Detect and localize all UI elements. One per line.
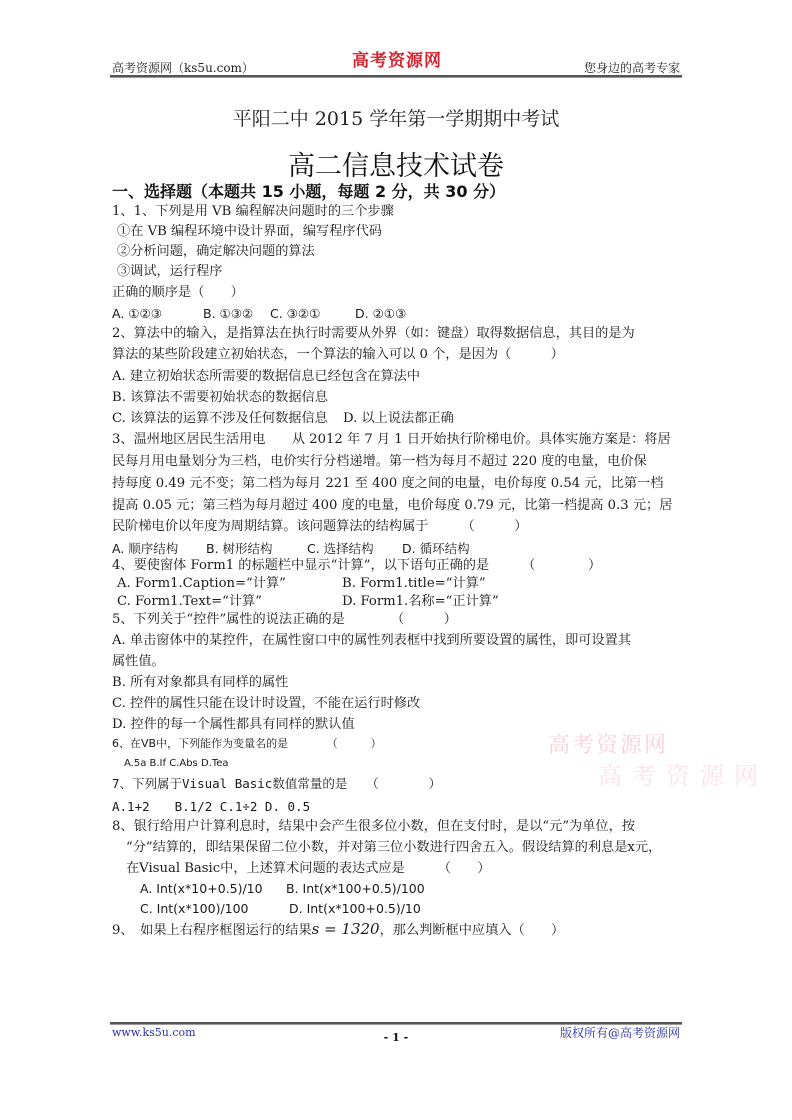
question-5-option-a-line-2: 属性值。 bbox=[112, 653, 165, 671]
question-7-stem: 7、下列属于Visual Basic数值常量的是 （ ） bbox=[112, 775, 441, 793]
question-1-prompt: 正确的顺序是（ ） bbox=[112, 284, 244, 302]
question-8-line-3: 在Visual Basic中，上述算术问题的表达式应是 （ ） bbox=[126, 860, 491, 878]
question-8-option-b: B. Int(x*100+0.5)/100 bbox=[286, 880, 425, 898]
question-8-line-1: 8、银行给用户计算利息时，结果中会产生很多位小数，但在支付时，是以“元”为单位，… bbox=[112, 818, 635, 836]
question-8-option-c: C. Int(x*100)/100 bbox=[140, 900, 249, 918]
question-3-line-4: 提高 0.05 元；第三档为每月超过 400 度的电量，电价每度 0.79 元，… bbox=[112, 497, 672, 515]
question-4-option-c: C. Form1.Text=“计算” bbox=[117, 593, 262, 611]
question-2-stem-line-2: 算法的某些阶段建立初始状态，一个算法的输入可以 0 个，是因为（ ） bbox=[112, 346, 564, 364]
footer-copyright: 版权所有@高考资源网 bbox=[560, 1024, 680, 1041]
question-2-option-c: C. 该算法的运算不涉及任何数据信息 bbox=[112, 410, 328, 428]
question-6-stem: 6、在VB中，下列能作为变量名的是 （ ） bbox=[112, 735, 382, 753]
section-heading: 一、选择题（本题共 15 小题，每题 2 分，共 30 分） bbox=[112, 179, 505, 202]
question-3-line-2: 民每月用电量划分为三档，电价实行分档递增。第一档为每月不超过 220 度的电量，… bbox=[112, 453, 647, 471]
question-4-option-d: D. Form1.名称=“正计算” bbox=[342, 593, 499, 611]
question-5-stem: 5、下列关于“控件”属性的说法正确的是 （ ） bbox=[112, 611, 457, 629]
question-1-step-3: ③调试，运行程序 bbox=[117, 263, 223, 281]
question-5-option-c: C. 控件的属性只能在设计时设置，不能在运行时修改 bbox=[112, 695, 420, 713]
header-divider bbox=[110, 75, 682, 78]
question-3-option-c: C. 选择结构 bbox=[307, 540, 374, 558]
question-2-stem-line-1: 2、算法中的输入，是指算法在执行时需要从外界（如：键盘）取得数据信息，其目的是为 bbox=[112, 325, 635, 343]
question-2-option-d: D. 以上说法都正确 bbox=[343, 410, 454, 428]
question-8-line-2: “分”结算的，即结果保留二位小数，并对第三位小数进行四舍五入。假设结算的利息是x… bbox=[126, 839, 661, 857]
question-8-option-a: A. Int(x*10+0.5)/10 bbox=[140, 880, 263, 898]
exam-paper-title: 高二信息技术试卷 bbox=[0, 144, 792, 183]
question-5-option-b: B. 所有对象都具有同样的属性 bbox=[112, 674, 288, 692]
question-5-option-d: D. 控件的每一个属性都具有同样的默认值 bbox=[112, 716, 355, 734]
header-site-name: 高考资源网（ks5u.com） bbox=[112, 59, 254, 76]
question-7-options: A.1+2 B.1/2 C.1÷2 D. 0.5 bbox=[112, 798, 310, 816]
question-4-stem: 4、要使窗体 Form1 的标题栏中显示“计算”，以下语句正确的是 （ ） bbox=[112, 557, 601, 575]
question-8-option-d: D. Int(x*100+0.5)/10 bbox=[289, 900, 421, 918]
question-9-math: s = 1320 bbox=[312, 920, 380, 938]
question-1-option-d: D. ②①③ bbox=[355, 305, 406, 323]
header-logo: 高考资源网 bbox=[352, 46, 442, 71]
question-3-option-a: A. 顺序结构 bbox=[112, 540, 178, 558]
question-3-line-1: 3、温州地区居民生活用电 从 2012 年 7 月 1 日开始执行阶梯电价。具体… bbox=[112, 431, 671, 449]
question-1-option-c: C. ③②① bbox=[270, 305, 320, 323]
question-3-line-5: 民阶梯电价以年度为周期结算。该问题算法的结构属于 （ ） bbox=[112, 518, 527, 536]
question-9-stem-suffix: ，那么判断框中应填入（ ） bbox=[380, 923, 565, 938]
question-4-option-a: A. Form1.Caption=“计算” bbox=[117, 575, 286, 593]
exam-page: 高考资源网（ks5u.com） 高考资源网 您身边的高考专家 平阳二中 2015… bbox=[0, 0, 792, 1120]
question-2-option-a: A. 建立初始状态所需要的数据信息已经包含在算法中 bbox=[112, 368, 420, 386]
question-9-stem: 9、 如果上右程序框图运行的结果s = 1320，那么判断框中应填入（ ） bbox=[112, 920, 564, 940]
question-4-option-b: B. Form1.title=“计算” bbox=[342, 575, 486, 593]
question-5-option-a-line-1: A. 单击窗体中的某控件，在属性窗口中的属性列表框中找到所要设置的属性，即可设置… bbox=[112, 632, 631, 650]
question-3-option-d: D. 循环结构 bbox=[402, 540, 470, 558]
question-1-step-1: ①在 VB 编程环境中设计界面，编写程序代码 bbox=[117, 223, 382, 241]
question-9-stem-prefix: 9、 如果上右程序框图运行的结果 bbox=[112, 923, 312, 938]
exam-school-title: 平阳二中 2015 学年第一学期期中考试 bbox=[0, 104, 792, 131]
question-6-options: A.5a B.If C.Abs D.Tea bbox=[124, 755, 229, 773]
question-3-line-3: 持每度 0.49 元不变；第二档为每月 221 至 400 度之间的电量，电价每… bbox=[112, 475, 663, 493]
question-1-option-a: A. ①②③ bbox=[112, 305, 162, 323]
question-1-option-b: B. ①③② bbox=[203, 305, 253, 323]
watermark-text-2: 高考资源网 bbox=[598, 756, 768, 791]
watermark-text-1: 高考资源网 bbox=[548, 728, 668, 759]
question-3-option-b: B. 树形结构 bbox=[206, 540, 273, 558]
question-2-option-b: B. 该算法不需要初始状态的数据信息 bbox=[112, 389, 328, 407]
header-slogan: 您身边的高考专家 bbox=[584, 59, 680, 76]
question-1-step-2: ②分析问题，确定解决问题的算法 bbox=[117, 243, 315, 261]
question-1-stem: 1、1、下列是用 VB 编程解决问题时的三个步骤 bbox=[112, 203, 394, 221]
